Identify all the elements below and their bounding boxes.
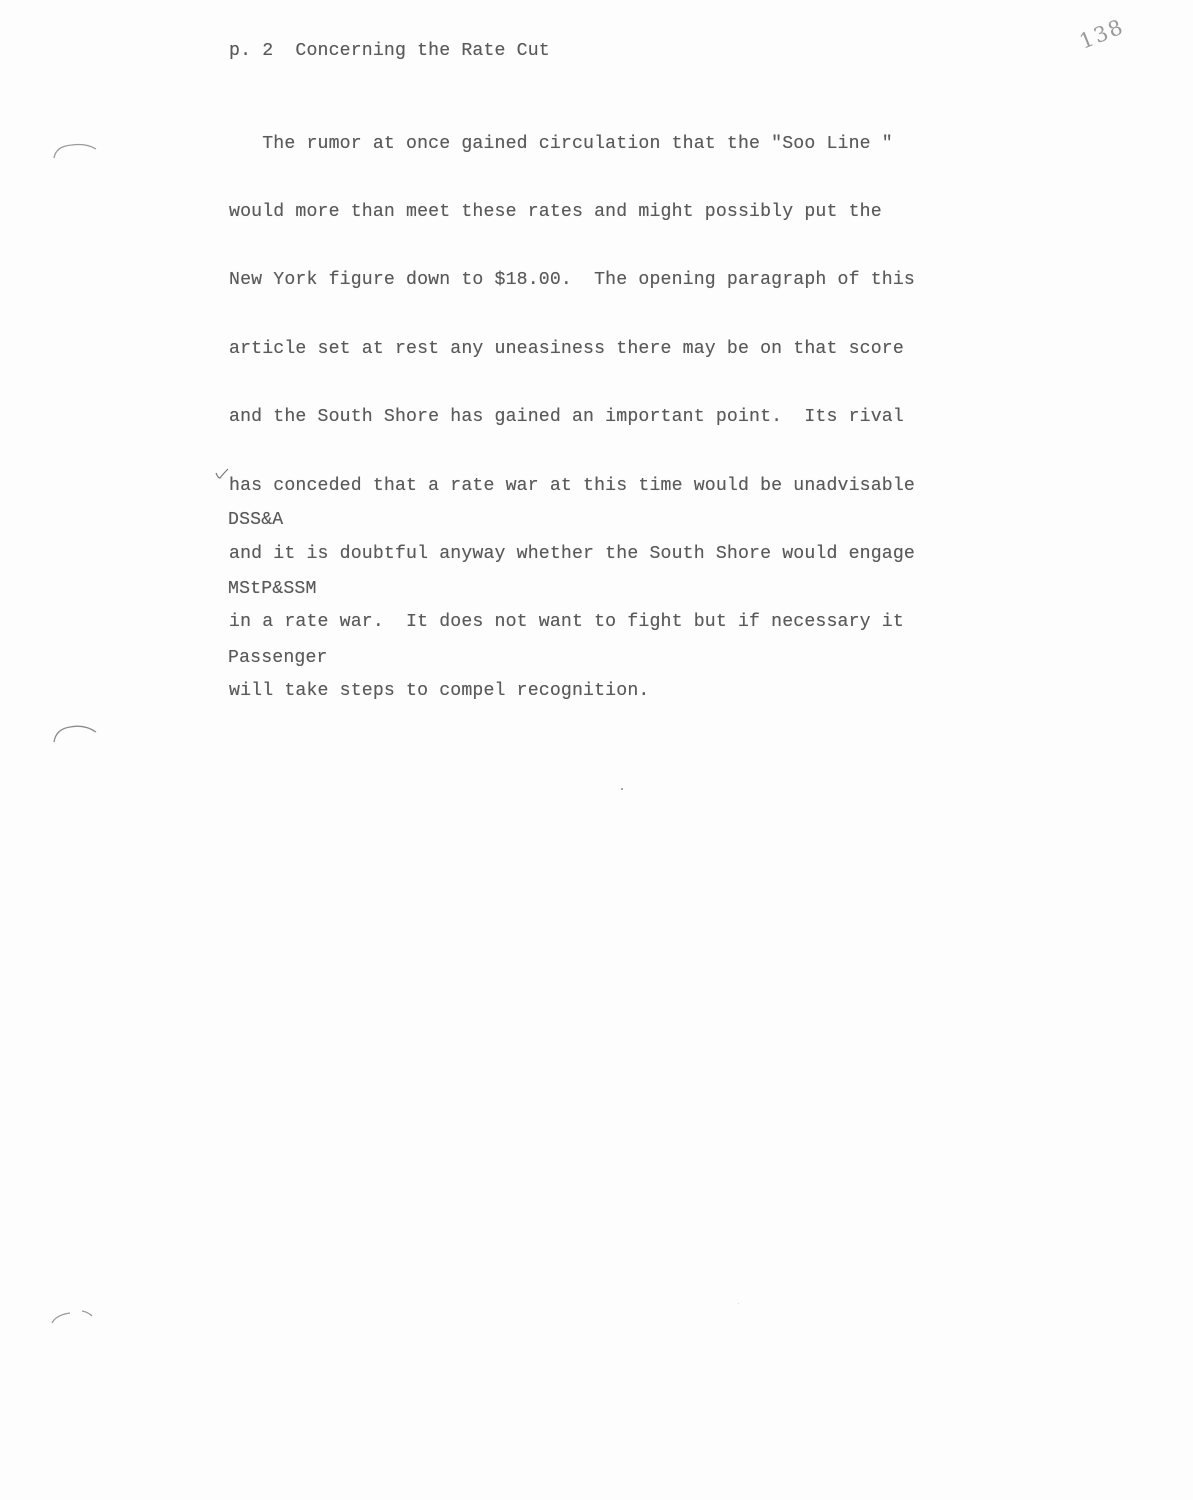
body-line: in a rate war. It does not want to fight…: [229, 611, 915, 634]
body-line: would more than meet these rates and mig…: [229, 201, 915, 224]
page-header: p. 2 Concerning the Rate Cut: [229, 41, 550, 61]
paper-speck: [738, 1303, 739, 1304]
body-line: The rumor at once gained circulation tha…: [229, 133, 915, 156]
binder-hole-mark-icon: [48, 1305, 98, 1327]
document-page: 138 p. 2 Concerning the Rate Cut The rum…: [0, 0, 1193, 1500]
routing-block: DSS&A MStP&SSM Passenger: [228, 463, 328, 716]
body-paragraph: The rumor at once gained circulation tha…: [229, 87, 915, 748]
routing-line-passenger: Passenger: [228, 647, 328, 670]
routing-line-dssa: DSS&A: [228, 509, 328, 532]
routing-line-mstpssm: MStP&SSM: [228, 578, 328, 601]
binder-hole-mark-icon: [50, 140, 100, 162]
body-line: article set at rest any uneasiness there…: [229, 338, 915, 361]
check-mark-icon: [215, 468, 229, 480]
body-line: has conceded that a rate war at this tim…: [229, 475, 915, 498]
binder-hole-mark-icon: [50, 722, 100, 744]
body-line: and it is doubtful anyway whether the So…: [229, 543, 915, 566]
paper-speck: [621, 788, 623, 790]
handwritten-page-number: 138: [1076, 9, 1150, 76]
body-line: New York figure down to $18.00. The open…: [229, 269, 915, 292]
body-line: will take steps to compel recognition.: [229, 680, 915, 703]
body-line: and the South Shore has gained an import…: [229, 406, 915, 429]
